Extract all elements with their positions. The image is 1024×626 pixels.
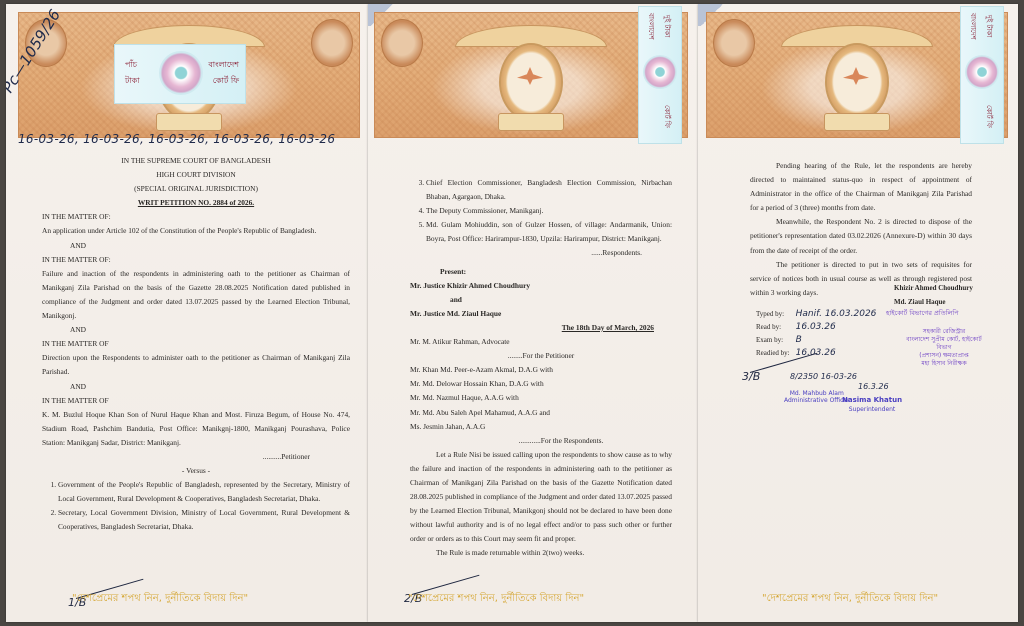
- office-row: Read by: 16.03.26: [756, 321, 876, 334]
- document-page-2: বাংলাদেশ দুই টাকা কোর্ট ফি Chief Electio…: [368, 4, 698, 622]
- matter-text: Failure and inaction of the respondents …: [42, 267, 350, 323]
- initial-mark: 3/B: [742, 370, 760, 383]
- judge-signature-name: Md. Ziaul Haque: [894, 295, 973, 309]
- matter-heading: IN THE MATTER OF: [42, 337, 350, 351]
- matter-heading: IN THE MATTER OF: [42, 394, 350, 408]
- order-date: The 18th Day of March, 2026: [410, 321, 672, 335]
- for-respondents-label: ............For the Respondents.: [410, 434, 672, 448]
- officer-stamp: Nasima Khatun Superintendent: [842, 396, 902, 414]
- respondents-list-continued: Chief Election Commissioner, Bangladesh …: [410, 176, 672, 246]
- officer-name: Nasima Khatun: [842, 396, 902, 405]
- motto-footer: "দেশপ্রেমের শপথ নিন, দুর্নীতিকে বিদায় দ…: [762, 591, 938, 608]
- rule-nisi-text: Let a Rule Nisi be issued calling upon t…: [410, 448, 672, 547]
- office-row-label: Typed by:: [756, 308, 790, 321]
- document-page-1: পাঁচ টাকা বাংলাদেশ কোর্ট ফি Pc—1059/26 1…: [6, 4, 368, 622]
- officer-name: Md. Mahbub Alam: [784, 390, 850, 397]
- court-fee-stamp: পাঁচ টাকা বাংলাদেশ কোর্ট ফি: [114, 44, 246, 104]
- court-fee-country: বাংলাদেশ: [645, 13, 657, 40]
- matter-heading: IN THE MATTER OF:: [42, 253, 350, 267]
- order-body: Chief Election Commissioner, Bangladesh …: [410, 176, 672, 561]
- court-fee-country: বাংলাদেশ: [967, 13, 979, 40]
- matter-text: Direction upon the Respondents to admini…: [42, 351, 350, 379]
- order-body-continued: Pending hearing of the Rule, let the res…: [750, 159, 972, 300]
- court-fee-seal-icon: [643, 55, 677, 89]
- officer-signature: 16.3.26: [858, 382, 889, 391]
- seal-line: (প্রশাসন) ক্ষমতাপ্রাপ্ত: [898, 352, 990, 360]
- office-row-value: B: [790, 334, 877, 347]
- meanwhile-text: Meanwhile, the Respondent No. 2 is direc…: [750, 215, 972, 257]
- respondent-counsel: Mr. Khan Md. Peer-e-Azam Akmal, D.A.G wi…: [410, 363, 672, 377]
- judge-signature-name: Khizir Ahmed Choudhury: [894, 281, 973, 295]
- court-fee-seal-icon: [159, 51, 203, 95]
- respondents-list: Government of the People's Republic of B…: [42, 478, 350, 534]
- for-petitioner-label: ........For the Petitioner: [410, 349, 672, 363]
- officer-title: Administrative Officer: [784, 397, 850, 404]
- seal-line: সহকারী রেজিস্ট্রার: [898, 328, 990, 336]
- office-row: Exam by: B: [756, 334, 876, 347]
- seal-line: মহা হিসাব নিরীক্ষক: [898, 360, 990, 368]
- respondent-item: The Deputy Commissioner, Manikganj.: [426, 204, 672, 218]
- petition-body: IN THE SUPREME COURT OF BANGLADESH HIGH …: [42, 154, 350, 535]
- respondent-item: Secretary, Local Government Division, Mi…: [58, 506, 350, 534]
- judge-name: Mr. Justice Md. Ziaul Haque: [410, 307, 672, 321]
- court-fee-amount: দুই টাকা: [983, 15, 995, 37]
- filing-dates: 16-03-26, 16-03-26, 16-03-26, 16-03-26, …: [18, 132, 335, 146]
- and-separator: AND: [42, 323, 350, 337]
- assistant-registrar-seal: সহকারী রেজিস্ট্রার বাংলাদেশ সুপ্রীম কোর্…: [898, 328, 990, 368]
- officer-signature: 8/2350 16-03-26: [790, 372, 857, 381]
- respondent-counsel: Mr. Md. Abu Saleh Apel Mahamud, A.A.G an…: [410, 406, 672, 420]
- court-fee-stamp: বাংলাদেশ দুই টাকা কোর্ট ফি: [960, 6, 1004, 144]
- motto-footer: "দেশপ্রেমের শপথ নিন, দুর্নীতিকে বিদায় দ…: [408, 591, 584, 608]
- national-emblem-icon: [499, 43, 563, 121]
- medallion-left: [713, 19, 755, 67]
- court-fee-label: কোর্ট ফি: [213, 75, 239, 88]
- national-emblem-icon: [825, 43, 889, 121]
- office-row-value: 16.03.26: [790, 347, 877, 360]
- medallion-left: [381, 19, 423, 67]
- respondent-counsel: Ms. Jesmin Jahan, A.A.G: [410, 420, 672, 434]
- office-row-label: Exam by:: [756, 334, 790, 347]
- officer-title: Superintendent: [842, 405, 902, 414]
- matter-heading: IN THE MATTER OF:: [42, 210, 350, 224]
- respondent-counsel: Mr. Md. Nazmul Haque, A.A.G with: [410, 391, 672, 405]
- matter-text: An application under Article 102 of the …: [42, 224, 350, 238]
- certified-copy-seal: হাইকোর্ট বিভাগের প্রতিলিপি: [886, 308, 959, 319]
- seal-line: বাংলাদেশ সুপ্রীম কোর্ট, হাইকোর্ট বিভাগ: [898, 336, 990, 352]
- and-separator: AND: [42, 380, 350, 394]
- jurisdiction: (SPECIAL ORIGINAL JURISDICTION): [42, 182, 350, 196]
- stamp-value-scroll: [156, 113, 222, 131]
- status-quo-text: Pending hearing of the Rule, let the res…: [750, 159, 972, 215]
- court-fee-seal-icon: [965, 55, 999, 89]
- office-row: Typed by: Hanif. 16.03.2026: [756, 308, 876, 321]
- respondent-item: Chief Election Commissioner, Bangladesh …: [426, 176, 672, 204]
- court-fee-currency: টাকা: [125, 75, 140, 88]
- respondents-label: ......Respondents.: [410, 246, 672, 260]
- petitioner-counsel: Mr. M. Atikur Rahman, Advocate: [410, 335, 672, 349]
- office-row-label: Read by:: [756, 321, 790, 334]
- respondent-counsel: Mr. Md. Delowar Hossain Khan, D.A.G with: [410, 377, 672, 391]
- respondent-item: Md. Gulam Mohiuddin, son of Gulzer Hosse…: [426, 218, 672, 246]
- court-fee-stamp: বাংলাদেশ দুই টাকা কোর্ট ফি: [638, 6, 682, 144]
- judge-name: Mr. Justice Khizir Ahmed Choudhury: [410, 279, 672, 293]
- court-fee-label: কোর্ট ফি: [661, 105, 673, 128]
- stamp-value-scroll: [498, 113, 564, 131]
- stamp-value-scroll: [824, 113, 890, 131]
- division-name: HIGH COURT DIVISION: [42, 168, 350, 182]
- petitioner-details: K. M. Buzlul Hoque Khan Son of Nurul Haq…: [42, 408, 350, 450]
- present-label: Present:: [410, 265, 672, 279]
- writ-petition-title: WRIT PETITION NO. 2884 of 2026.: [42, 196, 350, 210]
- and-label: and: [410, 293, 672, 307]
- document-page-3: বাংলাদেশ দুই টাকা কোর্ট ফি Pending heari…: [698, 4, 1018, 622]
- medallion-right: [311, 19, 353, 67]
- returnable-text: The Rule is made returnable within 2(two…: [410, 546, 672, 560]
- and-separator: AND: [42, 239, 350, 253]
- officer-stamp: Md. Mahbub Alam Administrative Officer: [784, 390, 850, 404]
- respondent-item: Government of the People's Republic of B…: [58, 478, 350, 506]
- office-row-value: 16.03.26: [790, 321, 877, 334]
- office-row-value: Hanif. 16.03.2026: [790, 308, 877, 321]
- court-fee-amount: পাঁচ: [125, 59, 137, 72]
- court-fee-label: কোর্ট ফি: [983, 105, 995, 128]
- judges-signature-block: Khizir Ahmed Choudhury Md. Ziaul Haque: [894, 281, 973, 309]
- office-row-label: Readied by:: [756, 347, 790, 360]
- court-name: IN THE SUPREME COURT OF BANGLADESH: [42, 154, 350, 168]
- versus-label: - Versus -: [42, 464, 350, 478]
- motto-footer: "দেশপ্রেমের শপথ নিন, দুর্নীতিকে বিদায় দ…: [72, 591, 248, 608]
- court-fee-country: বাংলাদেশ: [208, 59, 239, 72]
- court-fee-amount: দুই টাকা: [661, 15, 673, 37]
- petitioner-label: ..........Petitioner: [42, 450, 350, 464]
